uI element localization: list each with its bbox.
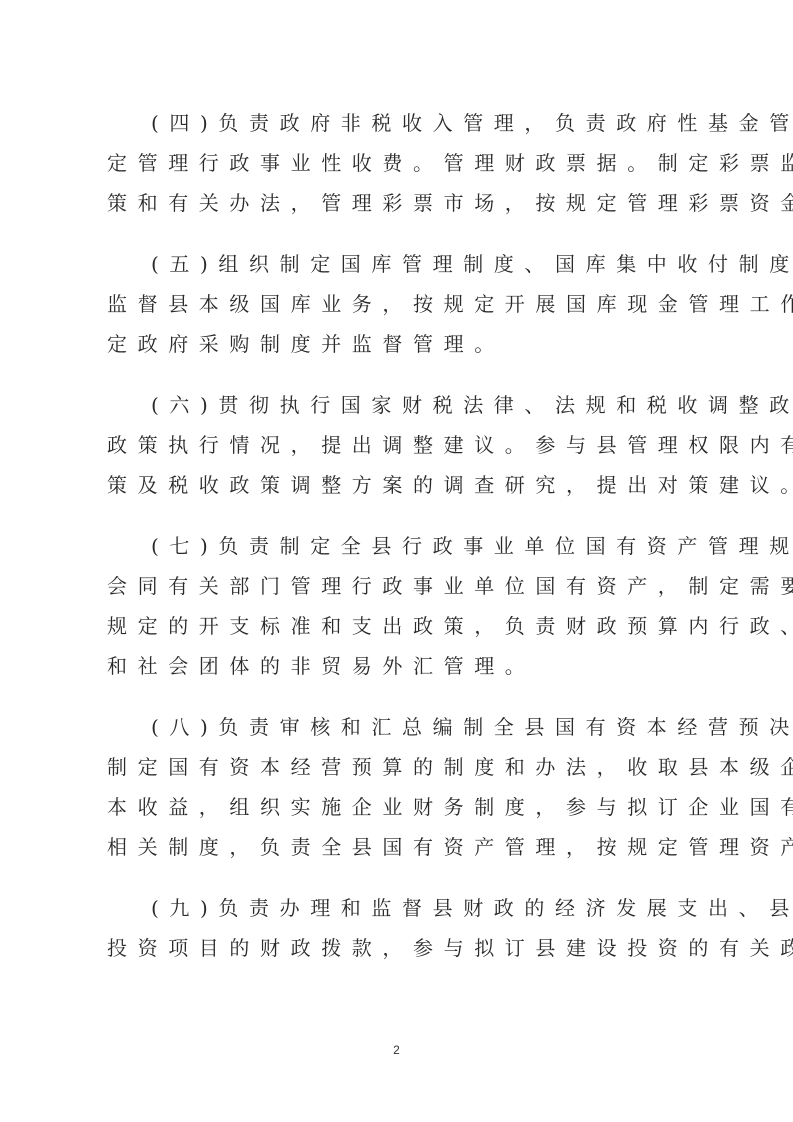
text-line: 政策执行情况，提出调整建议。参与县管理权限内有关税收政 bbox=[107, 425, 697, 465]
text-line: 和社会团体的非贸易外汇管理。 bbox=[107, 646, 697, 686]
page-number: 2 bbox=[0, 1043, 793, 1057]
paragraph-item-8: (八)负责审核和汇总编制全县国有资本经营预决算草案， 制定国有资本经营预算的制度… bbox=[107, 707, 697, 867]
document-page: (四)负责政府非税收入管理，负责政府性基金管理，按规 定管理行政事业性收费。管理… bbox=[107, 103, 697, 989]
paragraph-item-9: (九)负责办理和监督县财政的经济发展支出、县级政府性 投资项目的财政拨款，参与拟… bbox=[107, 888, 697, 968]
text-line: 会同有关部门管理行政事业单位国有资产，制定需要全县统一 bbox=[107, 566, 697, 606]
text-line: (九)负责办理和监督县财政的经济发展支出、县级政府性 bbox=[107, 888, 697, 928]
text-line: 策和有关办法，管理彩票市场，按规定管理彩票资金。 bbox=[107, 183, 697, 223]
text-line: (五)组织制定国库管理制度、国库集中收付制度，指导和 bbox=[107, 244, 697, 284]
text-line: (六)贯彻执行国家财税法律、法规和税收调整政策，反馈 bbox=[107, 385, 697, 425]
text-line: 投资项目的财政拨款，参与拟订县建设投资的有关政策，组织 bbox=[107, 928, 697, 968]
paragraph-item-5: (五)组织制定国库管理制度、国库集中收付制度，指导和 监督县本级国库业务，按规定… bbox=[107, 244, 697, 364]
text-line: (八)负责审核和汇总编制全县国有资本经营预决算草案， bbox=[107, 707, 697, 747]
text-line: 监督县本级国库业务，按规定开展国库现金管理工作。负责制 bbox=[107, 284, 697, 324]
paragraph-item-4: (四)负责政府非税收入管理，负责政府性基金管理，按规 定管理行政事业性收费。管理… bbox=[107, 103, 697, 223]
text-line: 规定的开支标准和支出政策，负责财政预算内行政、事业单位 bbox=[107, 606, 697, 646]
text-line: 本收益，组织实施企业财务制度，参与拟订企业国有资产管理 bbox=[107, 787, 697, 827]
text-line: (四)负责政府非税收入管理，负责政府性基金管理，按规 bbox=[107, 103, 697, 143]
text-line: 策及税收政策调整方案的调查研究，提出对策建议。 bbox=[107, 465, 697, 505]
paragraph-item-7: (七)负责制定全县行政事业单位国有资产管理规章制度， 会同有关部门管理行政事业单… bbox=[107, 526, 697, 686]
text-line: 相关制度，负责全县国有资产管理，按规定管理资产评估工作。 bbox=[107, 827, 697, 867]
paragraph-item-6: (六)贯彻执行国家财税法律、法规和税收调整政策，反馈 政策执行情况，提出调整建议… bbox=[107, 385, 697, 505]
text-line: 定管理行政事业性收费。管理财政票据。制定彩票监督管理政 bbox=[107, 143, 697, 183]
text-line: 定政府采购制度并监督管理。 bbox=[107, 324, 697, 364]
text-line: (七)负责制定全县行政事业单位国有资产管理规章制度， bbox=[107, 526, 697, 566]
text-line: 制定国有资本经营预算的制度和办法，收取县本级企业国有资 bbox=[107, 747, 697, 787]
